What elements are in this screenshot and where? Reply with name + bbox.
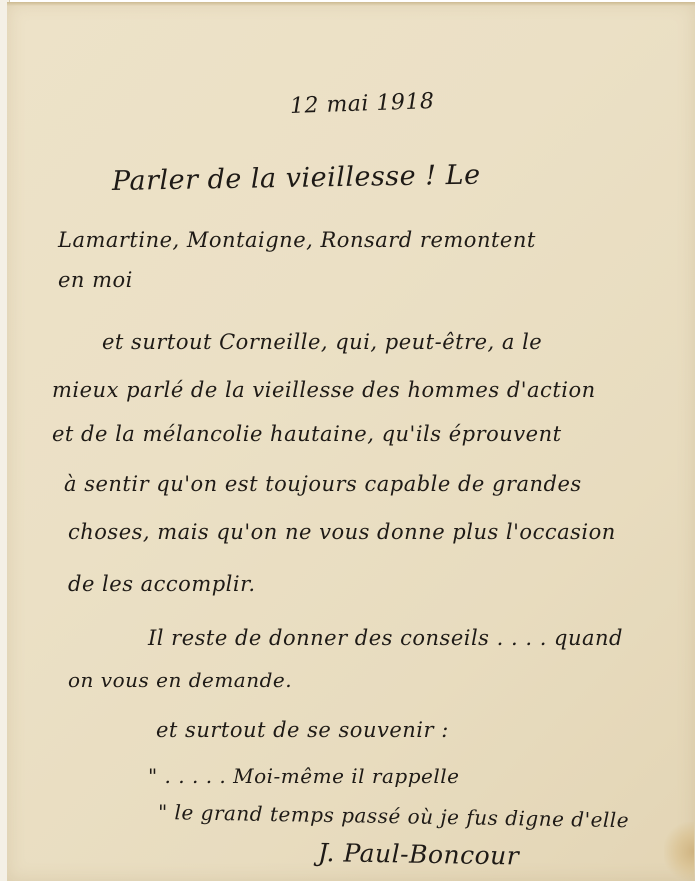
letter-line-2: Lamartine, Montaigne, Ronsard remontent: [58, 228, 536, 252]
letter-line-13: " . . . . . Moi-même il rappelle: [148, 764, 459, 788]
letter-line-7: à sentir qu'on est toujours capable de g…: [64, 472, 582, 496]
letter-line-6: et de la mélancolie hautaine, qu'ils épr…: [52, 422, 562, 446]
paper-stain: [664, 822, 694, 881]
letter-line-9: de les accomplir.: [68, 572, 256, 596]
letter-line-5: mieux parlé de la vieillesse des hommes …: [52, 378, 596, 402]
letter-date: 12 mai 1918: [290, 89, 435, 119]
letter-line-3: en moi: [58, 268, 133, 292]
signature: J. Paul-Boncour: [318, 838, 520, 871]
letter-line-8: choses, mais qu'on ne vous donne plus l'…: [68, 520, 616, 544]
letter-line-12: et surtout de se souvenir :: [156, 718, 449, 742]
letter-line-1: Parler de la vieillesse ! Le: [112, 160, 481, 197]
letter-line-4: et surtout Corneille, qui, peut-être, a …: [102, 330, 542, 354]
letter-line-10: Il reste de donner des conseils . . . . …: [148, 626, 623, 650]
letter-line-11: on vous en demande.: [68, 668, 292, 692]
